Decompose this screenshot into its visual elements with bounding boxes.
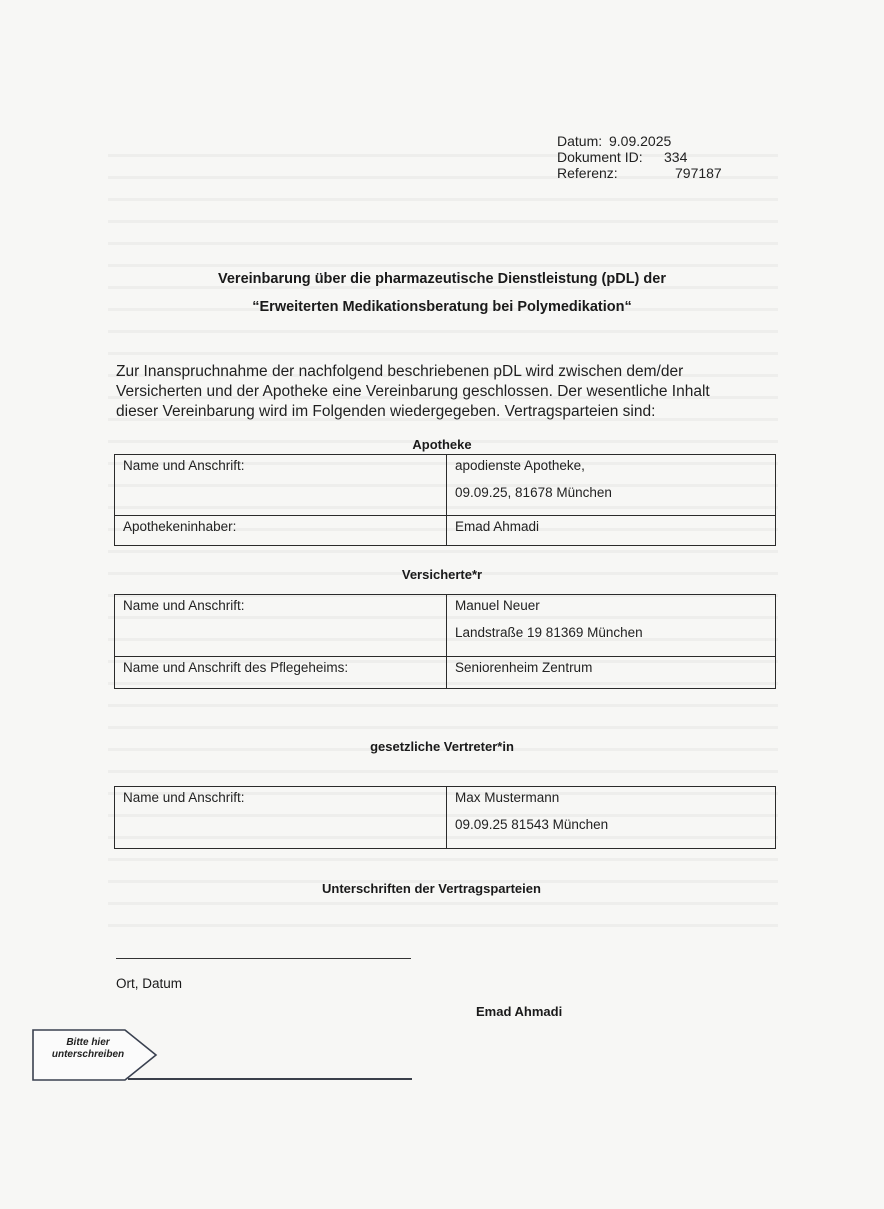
- reference-label: Referenz:: [557, 165, 675, 181]
- care-home-label: Name und Anschrift des Pflegeheims:: [115, 657, 447, 689]
- representative-name: Max Mustermann: [455, 790, 767, 812]
- pharmacy-name: apodienste Apotheke,: [455, 458, 767, 480]
- sign-here-tag: Bitte hier unterschreiben: [32, 1029, 158, 1081]
- table-row: Name und Anschrift: Manuel Neuer Landstr…: [115, 595, 776, 657]
- document-title-line2: “Erweiterten Medikationsberatung bei Pol…: [0, 299, 884, 315]
- meta-reference: Referenz: 797187: [557, 165, 722, 181]
- pharmacy-owner-label: Apothekeninhaber:: [115, 516, 447, 546]
- pharmacy-table: Name und Anschrift: apodienste Apotheke,…: [114, 454, 776, 546]
- representative-name-label: Name und Anschrift:: [115, 787, 447, 849]
- signature-line[interactable]: [128, 1078, 412, 1080]
- place-date-label: Ort, Datum: [116, 976, 182, 991]
- table-row: Name und Anschrift: apodienste Apotheke,…: [115, 455, 776, 516]
- insured-address: Landstraße 19 81369 München: [455, 620, 767, 642]
- intro-paragraph: Zur Inanspruchnahme der nachfolgend besc…: [116, 362, 756, 422]
- pharmacy-name-value: apodienste Apotheke, 09.09.25, 81678 Mün…: [447, 455, 776, 516]
- document-page: Datum: 9.09.2025 Dokument ID: 334 Refere…: [0, 0, 884, 1209]
- doc-id-label: Dokument ID:: [557, 149, 664, 165]
- meta-date: Datum: 9.09.2025: [557, 133, 722, 149]
- date-value: 9.09.2025: [609, 133, 671, 149]
- table-row: Name und Anschrift des Pflegeheims: Seni…: [115, 657, 776, 689]
- doc-id-value: 334: [664, 149, 687, 165]
- table-row: Apothekeninhaber: Emad Ahmadi: [115, 516, 776, 546]
- representative-name-value: Max Mustermann 09.09.25 81543 München: [447, 787, 776, 849]
- care-home-value: Seniorenheim Zentrum: [447, 657, 776, 689]
- representative-table: Name und Anschrift: Max Mustermann 09.09…: [114, 786, 776, 849]
- meta-doc-id: Dokument ID: 334: [557, 149, 722, 165]
- pharmacy-heading: Apotheke: [0, 437, 884, 452]
- pharmacy-address: 09.09.25, 81678 München: [455, 480, 767, 502]
- representative-address: 09.09.25 81543 München: [455, 812, 767, 834]
- sign-here-line2: unterschreiben: [38, 1049, 138, 1061]
- table-row: Name und Anschrift: Max Mustermann 09.09…: [115, 787, 776, 849]
- representative-heading: gesetzliche Vertreter*in: [0, 739, 884, 754]
- insured-heading: Versicherte*r: [0, 567, 884, 582]
- sign-here-text: Bitte hier unterschreiben: [38, 1037, 138, 1061]
- insured-name: Manuel Neuer: [455, 598, 767, 620]
- place-date-line: [116, 958, 411, 959]
- signer-name: Emad Ahmadi: [476, 1004, 562, 1019]
- pharmacy-name-label: Name und Anschrift:: [115, 455, 447, 516]
- document-title-line1: Vereinbarung über die pharmazeutische Di…: [0, 271, 884, 287]
- date-label: Datum:: [557, 133, 609, 149]
- document-meta: Datum: 9.09.2025 Dokument ID: 334 Refere…: [557, 133, 722, 181]
- insured-name-label: Name und Anschrift:: [115, 595, 447, 657]
- reference-value: 797187: [675, 165, 722, 181]
- pharmacy-owner-value: Emad Ahmadi: [447, 516, 776, 546]
- insured-name-value: Manuel Neuer Landstraße 19 81369 München: [447, 595, 776, 657]
- insured-table: Name und Anschrift: Manuel Neuer Landstr…: [114, 594, 776, 689]
- sign-here-line1: Bitte hier: [38, 1037, 138, 1049]
- signatures-heading: Unterschriften der Vertragsparteien: [322, 881, 541, 896]
